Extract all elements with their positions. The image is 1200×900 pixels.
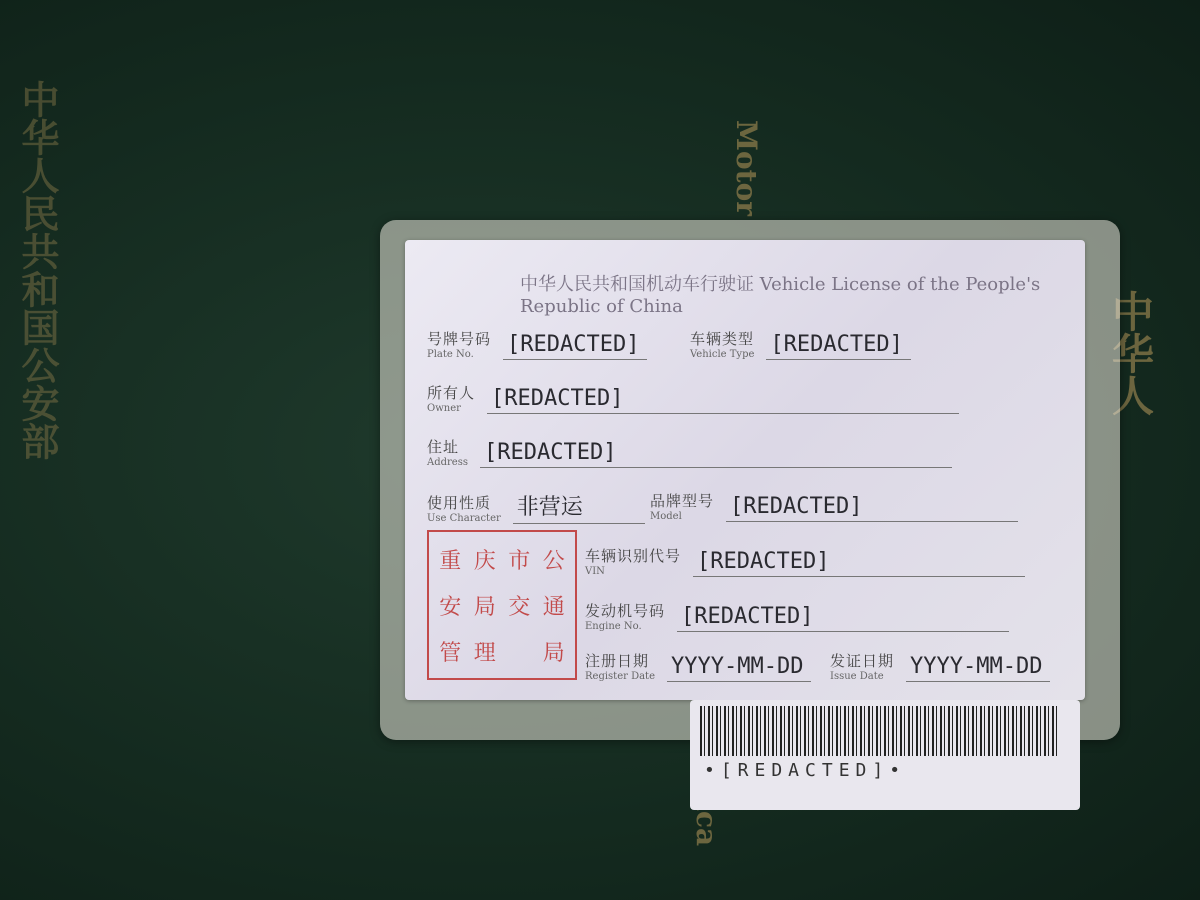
stamp-char: 局 [537, 636, 572, 667]
stamp-char: 公 [537, 544, 572, 575]
field-address: 住址Address [REDACTED] [427, 436, 952, 468]
field-vin: 车辆识别代号VIN [REDACTED] [585, 545, 1025, 577]
vehicle-type-value: [REDACTED] [766, 332, 910, 360]
vin-label: 车辆识别代号 [585, 545, 681, 566]
cover-title-left: 中华人民共和国公安部 [10, 80, 65, 460]
model-label-en: Model [650, 511, 714, 522]
vehicle-type-label: 车辆类型 [690, 328, 754, 349]
model-label: 品牌型号 [650, 490, 714, 511]
field-issue-date: 发证日期Issue Date YYYY-MM-DD [830, 650, 1050, 682]
issue-date-label-en: Issue Date [830, 671, 894, 682]
stamp-char: 通 [537, 590, 572, 621]
issue-date-value: YYYY-MM-DD [906, 654, 1050, 682]
field-use-character: 使用性质Use Character 非营运 [427, 490, 645, 524]
address-label: 住址 [427, 436, 468, 457]
barcode [700, 706, 1060, 756]
field-vehicle-type: 车辆类型Vehicle Type [REDACTED] [690, 328, 911, 360]
stamp-char: 安 [433, 590, 468, 621]
vin-value: [REDACTED] [693, 549, 1025, 577]
engine-value: [REDACTED] [677, 604, 1009, 632]
card-title: 中华人民共和国机动车行驶证 Vehicle License of the Peo… [520, 270, 1085, 317]
plate-value: [REDACTED] [503, 332, 647, 360]
barcode-number: •[REDACTED]• [704, 760, 906, 781]
vehicle-license-card: 中华人民共和国机动车行驶证 Vehicle License of the Peo… [405, 240, 1085, 700]
engine-label-en: Engine No. [585, 621, 665, 632]
use-character-label-en: Use Character [427, 513, 501, 524]
stamp-char: 市 [502, 544, 537, 575]
use-character-value: 非营运 [513, 490, 645, 524]
stamp-char: 局 [468, 590, 503, 621]
stamp-char: 管 [433, 636, 468, 667]
cover-title-top: Motor [730, 120, 763, 216]
field-register-date: 注册日期Register Date YYYY-MM-DD [585, 650, 811, 682]
model-value: [REDACTED] [726, 494, 1018, 522]
stamp-char: 交 [502, 590, 537, 621]
plate-label-en: Plate No. [427, 349, 491, 360]
address-label-en: Address [427, 457, 468, 468]
stamp-char: 理 [468, 636, 503, 667]
engine-label: 发动机号码 [585, 600, 665, 621]
owner-label-en: Owner [427, 403, 475, 414]
owner-label: 所有人 [427, 382, 475, 403]
field-model: 品牌型号Model [REDACTED] [650, 490, 1018, 522]
owner-value: [REDACTED] [487, 386, 959, 414]
vehicle-type-label-en: Vehicle Type [690, 349, 754, 360]
field-engine: 发动机号码Engine No. [REDACTED] [585, 600, 1009, 632]
barcode-strip: •[REDACTED]• [690, 700, 1080, 810]
register-date-value: YYYY-MM-DD [667, 654, 811, 682]
vin-label-en: VIN [585, 566, 681, 577]
issuing-authority-stamp: 重庆市公安局交通管理局 [427, 530, 577, 680]
address-value: [REDACTED] [480, 440, 952, 468]
use-character-label: 使用性质 [427, 492, 501, 513]
stamp-char: 重 [433, 544, 468, 575]
field-owner: 所有人Owner [REDACTED] [427, 382, 959, 414]
register-date-label: 注册日期 [585, 650, 655, 671]
issue-date-label: 发证日期 [830, 650, 894, 671]
register-date-label-en: Register Date [585, 671, 655, 682]
plate-label: 号牌号码 [427, 328, 491, 349]
field-plate: 号牌号码Plate No. [REDACTED] [427, 328, 647, 360]
stamp-char: 庆 [468, 544, 503, 575]
